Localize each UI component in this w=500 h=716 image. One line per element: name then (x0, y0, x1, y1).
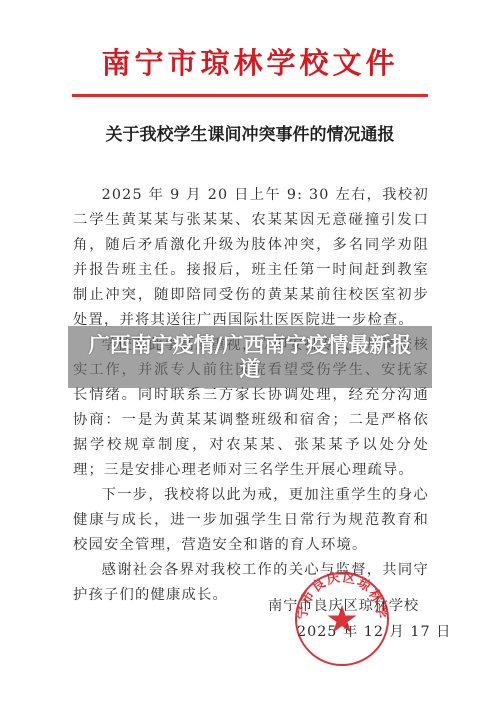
document-subject: 关于我校学生课间冲突事件的情况通报 (72, 123, 428, 147)
paragraph-next-steps: 下一步，我校将以此为戒，更加注重学生的身心健康与成长，进一步加强学生日常行为规范… (73, 483, 429, 558)
headline-overlay-banner: 广西南宁疫情/广西南宁疫情最新报道 (68, 326, 432, 388)
document-header-title: 南宁市琼林学校文件 (72, 44, 428, 82)
star-icon (328, 605, 357, 633)
paragraph-thanks: 感谢社会各界对我校工作的关心与监督，共同守护孩子们的健康成长。 (73, 558, 429, 608)
document-body: 2025 年 9 月 20 日上午 9: 30 左右，我校初二学生黄某某与张某某… (73, 183, 429, 608)
document-page: 南宁市琼林学校文件 关于我校学生课间冲突事件的情况通报 2025 年 9 月 2… (0, 0, 500, 716)
header-red-rule (72, 94, 428, 97)
paragraph-incident: 2025 年 9 月 20 日上午 9: 30 左右，我校初二学生黄某某与张某某… (73, 183, 429, 333)
signature-date: 2025 年 12 月 17 日 (297, 621, 451, 643)
overlay-headline: 广西南宁疫情/广西南宁疫情最新报道 (80, 333, 420, 381)
